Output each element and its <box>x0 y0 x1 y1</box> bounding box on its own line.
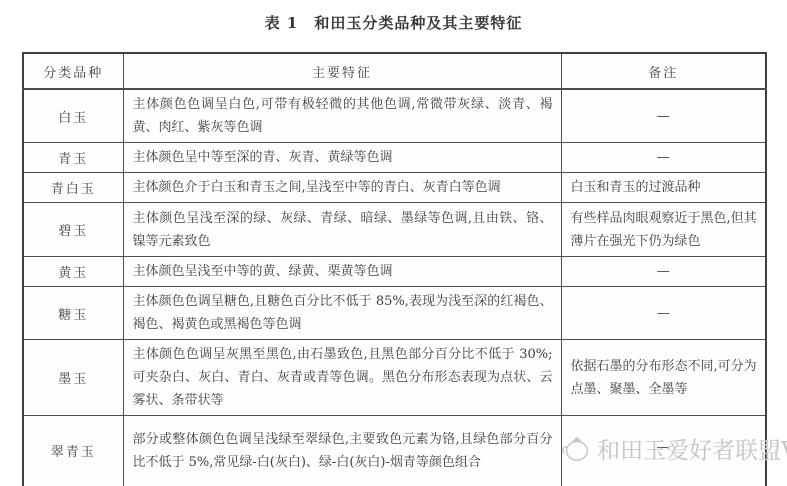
table-title: 表 1 和田玉分类品种及其主要特征 <box>0 12 787 33</box>
remark-cell: 有些样品肉眼观察近于黑色,但其薄片在强光下仍为绿色 <box>561 203 766 257</box>
header-features: 主要特征 <box>123 53 561 89</box>
remark-cell: — <box>561 416 766 486</box>
table-row-biyu: 碧玉 主体颜色呈浅至深的绿、灰绿、青绿、暗绿、墨绿等色调,且由铁、铬、镍等元素致… <box>23 203 766 257</box>
header-remark: 备注 <box>561 53 766 89</box>
variety-cell: 青白玉 <box>23 173 123 203</box>
features-cell: 主体颜色色调呈糖色,且糖色百分比不低于 85%,表现为浅至深的红褐色、褐色、褐黄… <box>123 287 561 340</box>
remark-cell: 依据石墨的分布形态不同,可分为点墨、聚墨、全墨等 <box>561 340 766 416</box>
features-cell: 主体颜色介于白玉和青玉之间,呈浅至中等的青白、灰青白等色调 <box>123 173 561 203</box>
variety-cell: 翠青玉 <box>23 416 123 486</box>
features-cell: 主体颜色呈浅至中等的黄、绿黄、栗黄等色调 <box>123 257 561 287</box>
variety-cell: 碧玉 <box>23 203 123 257</box>
remark-cell: — <box>561 287 766 340</box>
features-cell: 主体颜色色调呈白色,可带有极轻微的其他色调,常微带灰绿、淡青、褐黄、肉红、紫灰等… <box>123 89 561 143</box>
features-cell: 部分或整体颜色色调呈浅绿至翠绿色,主要致色元素为铬,且绿色部分百分比不低于 5%… <box>123 416 561 486</box>
table-row-moyu: 墨玉 主体颜色色调呈灰黑至黑色,由石墨致色,且黑色部分百分比不低于 30%;可夹… <box>23 340 766 416</box>
features-cell: 主体颜色呈浅至深的绿、灰绿、青绿、暗绿、墨绿等色调,且由铁、铬、镍等元素致色 <box>123 203 561 257</box>
table-row-baiyu: 白玉 主体颜色色调呈白色,可带有极轻微的其他色调,常微带灰绿、淡青、褐黄、肉红、… <box>23 89 766 143</box>
remark-cell: — <box>561 89 766 143</box>
remark-cell: 白玉和青玉的过渡品种 <box>561 173 766 203</box>
variety-cell: 黄玉 <box>23 257 123 287</box>
variety-cell: 糖玉 <box>23 287 123 340</box>
table-header-row: 分类品种 主要特征 备注 <box>23 53 766 89</box>
table-row-qingbaiyu: 青白玉 主体颜色介于白玉和青玉之间,呈浅至中等的青白、灰青白等色调 白玉和青玉的… <box>23 173 766 203</box>
table-row-huangyu: 黄玉 主体颜色呈浅至中等的黄、绿黄、栗黄等色调 — <box>23 257 766 287</box>
jade-classification-table: 分类品种 主要特征 备注 白玉 主体颜色色调呈白色,可带有极轻微的其他色调,常微… <box>22 52 767 486</box>
variety-cell: 青玉 <box>23 143 123 173</box>
remark-cell: — <box>561 257 766 287</box>
features-cell: 主体颜色呈中等至深的青、灰青、黄绿等色调 <box>123 143 561 173</box>
table-row-tangyu: 糖玉 主体颜色色调呈糖色,且糖色百分比不低于 85%,表现为浅至深的红褐色、褐色… <box>23 287 766 340</box>
table-row-qingyu: 青玉 主体颜色呈中等至深的青、灰青、黄绿等色调 — <box>23 143 766 173</box>
variety-cell: 白玉 <box>23 89 123 143</box>
document-page: 表 1 和田玉分类品种及其主要特征 分类品种 主要特征 备注 白玉 主体颜色色调… <box>0 0 787 486</box>
header-variety: 分类品种 <box>23 53 123 89</box>
table-row-cuiqingyu: 翠青玉 部分或整体颜色色调呈浅绿至翠绿色,主要致色元素为铬,且绿色部分百分比不低… <box>23 416 766 486</box>
remark-cell: — <box>561 143 766 173</box>
variety-cell: 墨玉 <box>23 340 123 416</box>
features-cell: 主体颜色色调呈灰黑至黑色,由石墨致色,且黑色部分百分比不低于 30%;可夹杂白、… <box>123 340 561 416</box>
